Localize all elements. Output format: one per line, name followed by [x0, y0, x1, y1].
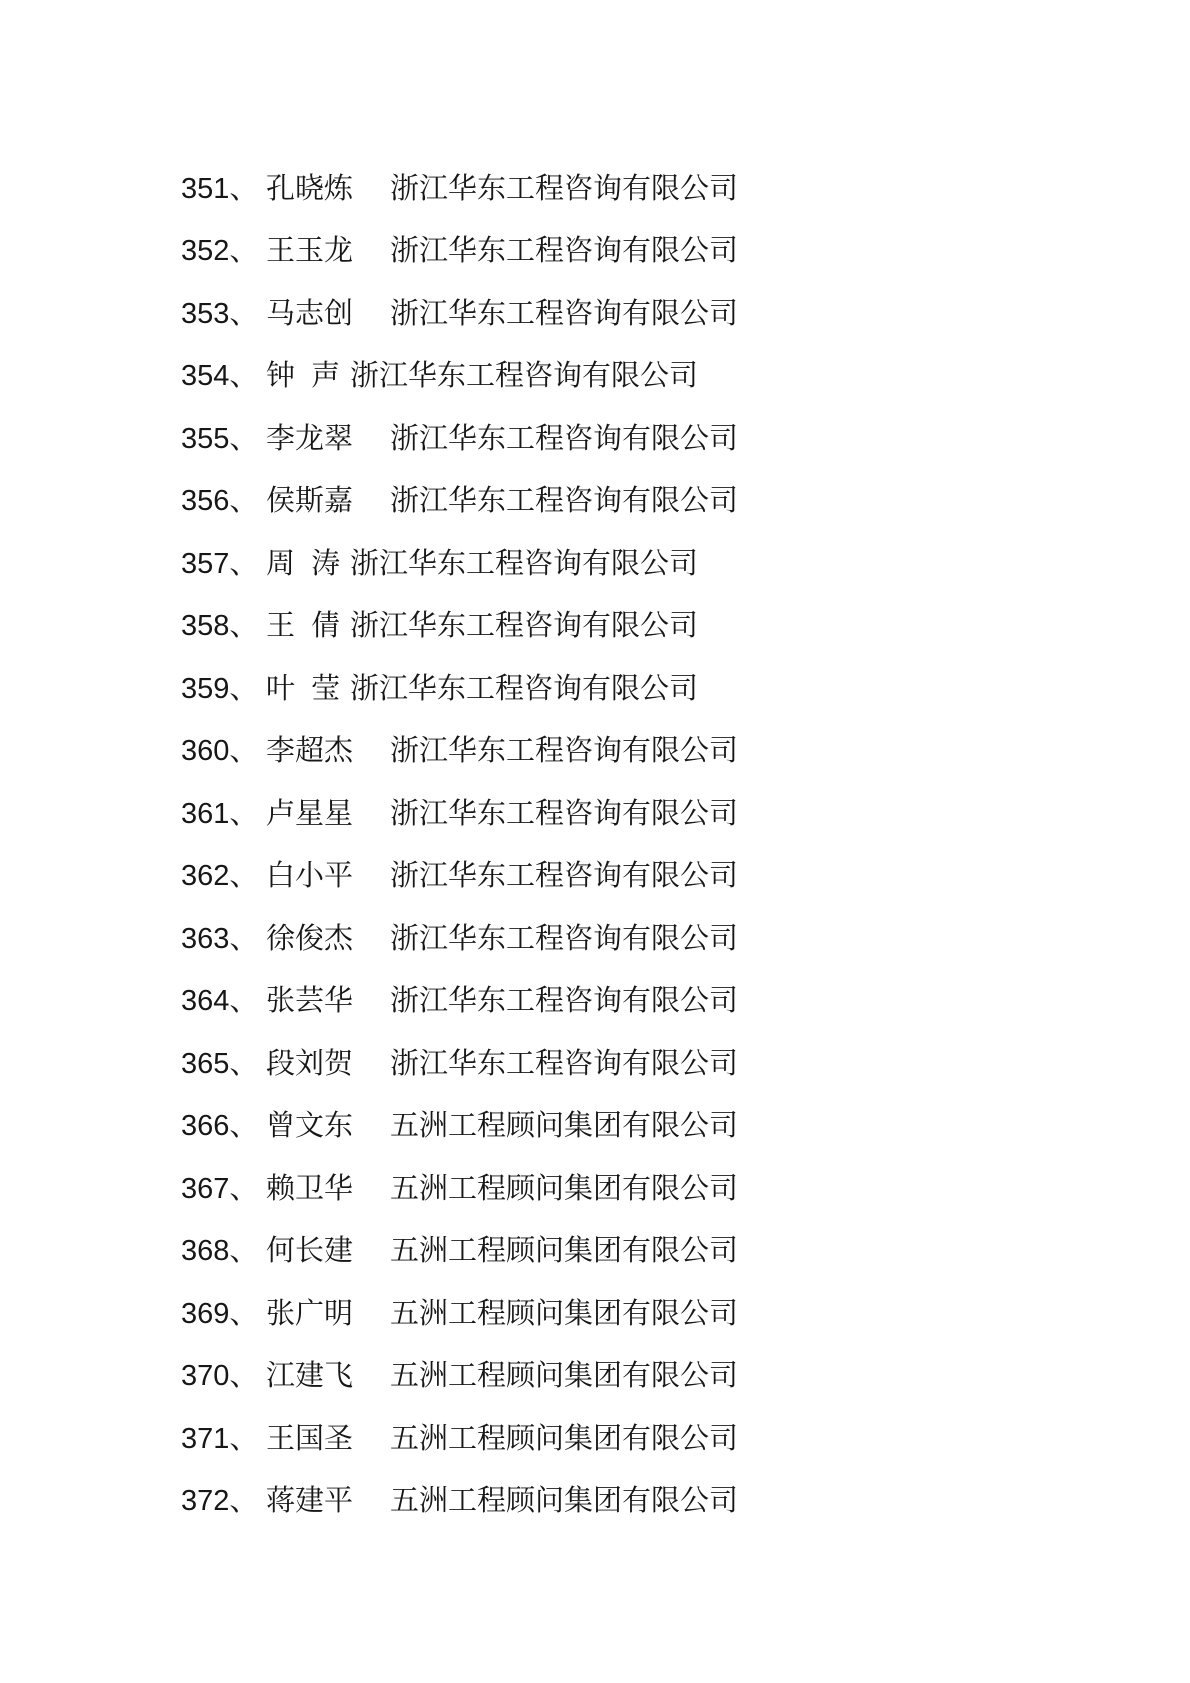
roster-row: 351、 孔晓炼 浙江华东工程咨询有限公司	[181, 158, 738, 221]
entry-name: 孔晓炼	[266, 172, 390, 207]
entry-number: 354、	[181, 359, 266, 394]
roster-row: 362、 白小平 浙江华东工程咨询有限公司	[181, 846, 738, 909]
entry-company: 浙江华东工程咨询有限公司	[350, 547, 698, 582]
entry-number: 356、	[181, 484, 266, 519]
roster-row: 353、 马志创 浙江华东工程咨询有限公司	[181, 283, 738, 346]
roster-row: 354、 钟 声 浙江华东工程咨询有限公司	[181, 346, 738, 409]
entry-name: 王国圣	[266, 1422, 390, 1457]
entry-name: 张广明	[266, 1297, 390, 1332]
document-page: 351、 孔晓炼 浙江华东工程咨询有限公司 352、 王玉龙 浙江华东工程咨询有…	[0, 0, 1190, 1683]
entry-number: 353、	[181, 297, 266, 332]
entry-company: 浙江华东工程咨询有限公司	[390, 297, 738, 332]
entry-company: 浙江华东工程咨询有限公司	[390, 797, 738, 832]
entry-name: 张芸华	[266, 984, 390, 1019]
entry-number: 372、	[181, 1484, 266, 1519]
entry-number: 351、	[181, 172, 266, 207]
roster-row: 358、 王 倩 浙江华东工程咨询有限公司	[181, 596, 738, 659]
entry-number: 360、	[181, 734, 266, 769]
entry-name: 王 倩	[266, 609, 350, 644]
entry-company: 浙江华东工程咨询有限公司	[350, 672, 698, 707]
entry-company: 五洲工程顾问集团有限公司	[390, 1422, 738, 1457]
roster-row: 352、 王玉龙 浙江华东工程咨询有限公司	[181, 221, 738, 284]
roster-list: 351、 孔晓炼 浙江华东工程咨询有限公司 352、 王玉龙 浙江华东工程咨询有…	[181, 158, 738, 1533]
entry-number: 371、	[181, 1422, 266, 1457]
roster-row: 363、 徐俊杰 浙江华东工程咨询有限公司	[181, 908, 738, 971]
entry-name: 马志创	[266, 297, 390, 332]
roster-row: 361、 卢星星 浙江华东工程咨询有限公司	[181, 783, 738, 846]
entry-number: 361、	[181, 797, 266, 832]
roster-row: 364、 张芸华 浙江华东工程咨询有限公司	[181, 971, 738, 1034]
roster-row: 369、 张广明 五洲工程顾问集团有限公司	[181, 1283, 738, 1346]
entry-company: 浙江华东工程咨询有限公司	[390, 984, 738, 1019]
entry-company: 浙江华东工程咨询有限公司	[390, 484, 738, 519]
entry-name: 侯斯嘉	[266, 484, 390, 519]
entry-number: 363、	[181, 922, 266, 957]
roster-row: 359、 叶 莹 浙江华东工程咨询有限公司	[181, 658, 738, 721]
entry-company: 浙江华东工程咨询有限公司	[390, 1047, 738, 1082]
entry-company: 五洲工程顾问集团有限公司	[390, 1172, 738, 1207]
entry-number: 362、	[181, 859, 266, 894]
entry-company: 浙江华东工程咨询有限公司	[390, 234, 738, 269]
entry-company: 五洲工程顾问集团有限公司	[390, 1359, 738, 1394]
roster-row: 360、 李超杰 浙江华东工程咨询有限公司	[181, 721, 738, 784]
entry-company: 五洲工程顾问集团有限公司	[390, 1234, 738, 1269]
roster-row: 355、 李龙翠 浙江华东工程咨询有限公司	[181, 408, 738, 471]
entry-name: 曾文东	[266, 1109, 390, 1144]
entry-number: 370、	[181, 1359, 266, 1394]
entry-name: 周 涛	[266, 547, 350, 582]
entry-name: 江建飞	[266, 1359, 390, 1394]
entry-name: 卢星星	[266, 797, 390, 832]
entry-name: 钟 声	[266, 359, 350, 394]
entry-name: 徐俊杰	[266, 922, 390, 957]
entry-company: 浙江华东工程咨询有限公司	[350, 609, 698, 644]
entry-company: 浙江华东工程咨询有限公司	[390, 172, 738, 207]
entry-number: 359、	[181, 672, 266, 707]
entry-name: 李龙翠	[266, 422, 390, 457]
entry-company: 浙江华东工程咨询有限公司	[350, 359, 698, 394]
entry-name: 何长建	[266, 1234, 390, 1269]
entry-company: 浙江华东工程咨询有限公司	[390, 922, 738, 957]
entry-name: 蒋建平	[266, 1484, 390, 1519]
entry-number: 355、	[181, 422, 266, 457]
roster-row: 357、 周 涛 浙江华东工程咨询有限公司	[181, 533, 738, 596]
entry-number: 352、	[181, 234, 266, 269]
entry-name: 王玉龙	[266, 234, 390, 269]
entry-number: 368、	[181, 1234, 266, 1269]
roster-row: 366、 曾文东 五洲工程顾问集团有限公司	[181, 1096, 738, 1159]
roster-row: 370、 江建飞 五洲工程顾问集团有限公司	[181, 1346, 738, 1409]
entry-name: 赖卫华	[266, 1172, 390, 1207]
entry-company: 浙江华东工程咨询有限公司	[390, 859, 738, 894]
entry-company: 五洲工程顾问集团有限公司	[390, 1109, 738, 1144]
entry-company: 五洲工程顾问集团有限公司	[390, 1484, 738, 1519]
entry-number: 358、	[181, 609, 266, 644]
roster-row: 371、 王国圣 五洲工程顾问集团有限公司	[181, 1408, 738, 1471]
entry-name: 李超杰	[266, 734, 390, 769]
roster-row: 372、 蒋建平 五洲工程顾问集团有限公司	[181, 1471, 738, 1534]
entry-number: 364、	[181, 984, 266, 1019]
entry-number: 357、	[181, 547, 266, 582]
roster-row: 356、 侯斯嘉 浙江华东工程咨询有限公司	[181, 471, 738, 534]
roster-row: 368、 何长建 五洲工程顾问集团有限公司	[181, 1221, 738, 1284]
entry-name: 叶 莹	[266, 672, 350, 707]
entry-number: 369、	[181, 1297, 266, 1332]
roster-row: 365、 段刘贺 浙江华东工程咨询有限公司	[181, 1033, 738, 1096]
entry-company: 五洲工程顾问集团有限公司	[390, 1297, 738, 1332]
entry-company: 浙江华东工程咨询有限公司	[390, 422, 738, 457]
roster-row: 367、 赖卫华 五洲工程顾问集团有限公司	[181, 1158, 738, 1221]
entry-number: 366、	[181, 1109, 266, 1144]
entry-name: 白小平	[266, 859, 390, 894]
entry-number: 365、	[181, 1047, 266, 1082]
entry-number: 367、	[181, 1172, 266, 1207]
entry-name: 段刘贺	[266, 1047, 390, 1082]
entry-company: 浙江华东工程咨询有限公司	[390, 734, 738, 769]
